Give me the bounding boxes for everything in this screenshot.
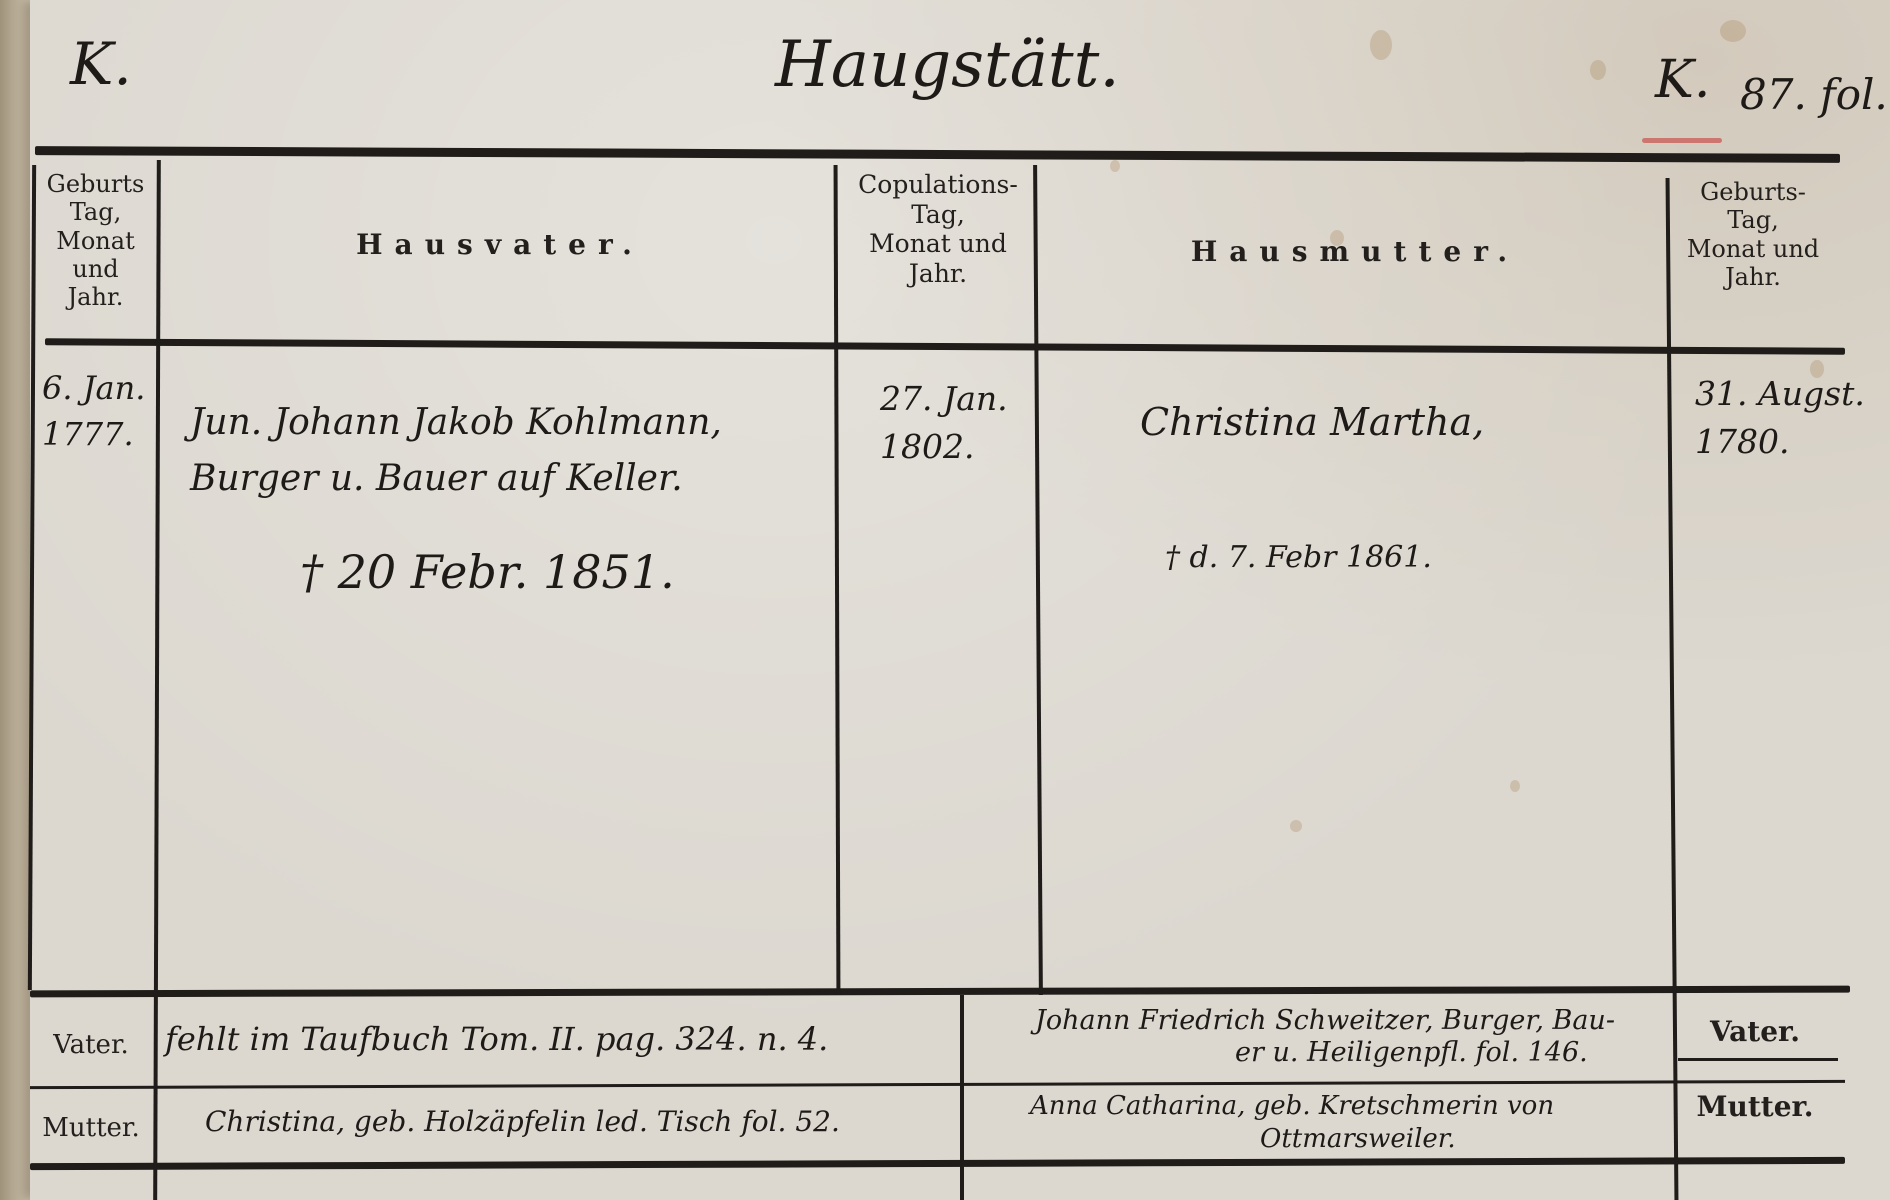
father-name-line: Jun. Johann Jakob Kohlmann, (190, 395, 722, 451)
father-death-date: † 20 Febr. 1851. (300, 545, 675, 599)
header-line: Tag, (1678, 206, 1828, 234)
register-page: K. Haugstätt. K. 87. fol. Geburts Tag, M… (30, 0, 1890, 1200)
col-rule-1 (153, 160, 161, 1200)
label-vater-right: Vater. (1680, 1015, 1830, 1048)
paper-stain (1510, 780, 1520, 792)
header-marriage-date: Copulations- Tag, Monat und Jahr. (842, 170, 1034, 288)
header-line: Copulations- (842, 170, 1034, 200)
wife-mother-entry: Anna Catharina, geb. Kretschmerin von Ot… (1030, 1090, 1554, 1155)
header-line: Tag, (38, 198, 153, 226)
table-top-rule (35, 146, 1840, 163)
header-line: Geburts- (1678, 178, 1828, 206)
header-line: Tag, (842, 200, 1034, 230)
header-line: Monat und (842, 229, 1034, 259)
header-hausmutter: Hausmutter. (1045, 235, 1665, 268)
wife-father-line: Johann Friedrich Schweitzer, Burger, Bau… (1035, 1005, 1615, 1037)
paper-stain (1110, 160, 1120, 172)
place-title: Haugstätt. (775, 28, 1120, 102)
wife-father-entry: Johann Friedrich Schweitzer, Burger, Bau… (1035, 1005, 1615, 1070)
parents-divider (960, 995, 964, 1200)
paper-stain (1370, 30, 1392, 60)
mother-death-date: † d. 7. Febr 1861. (1165, 540, 1432, 575)
header-mother-birth: Geburts- Tag, Monat und Jahr. (1678, 178, 1828, 291)
wife-mother-line: Ottmarsweiler. (1030, 1123, 1554, 1156)
right-label-divider (1678, 1058, 1838, 1061)
col-rule-left (28, 165, 36, 990)
col-rule-4 (1666, 178, 1679, 1200)
header-hausvater: Hausvater. (170, 228, 830, 261)
date-line: 1780. (1695, 418, 1865, 466)
wife-mother-line: Anna Catharina, geb. Kretschmerin von (1030, 1090, 1554, 1123)
red-pencil-underline (1642, 138, 1722, 143)
date-line: 6. Jan. (42, 365, 145, 411)
paper-stain (1720, 20, 1746, 42)
mother-birth-date: 31. Augst. 1780. (1695, 370, 1865, 466)
header-line: Jahr. (38, 283, 153, 311)
folio-reference: 87. fol. (1740, 70, 1888, 119)
corner-mark-right: K. (1655, 50, 1710, 110)
header-line: Jahr. (842, 259, 1034, 289)
husband-mother-entry: Christina, geb. Holzäpfelin led. Tisch f… (205, 1105, 840, 1138)
date-line: 27. Jan. (880, 375, 1008, 423)
corner-mark-left: K. (70, 30, 132, 98)
father-name-entry: Jun. Johann Jakob Kohlmann, Burger u. Ba… (190, 395, 722, 507)
husband-father-entry: fehlt im Taufbuch Tom. II. pag. 324. n. … (165, 1020, 828, 1058)
parents-middle-rule (30, 1080, 1845, 1089)
date-line: 1802. (880, 423, 1008, 471)
header-line: Monat und (38, 227, 153, 284)
label-mutter-left: Mutter. (30, 1113, 152, 1144)
label-mutter-right: Mutter. (1680, 1090, 1830, 1123)
date-line: 1777. (42, 411, 145, 457)
label-vater-left: Vater. (30, 1030, 152, 1061)
father-occupation-line: Burger u. Bauer auf Keller. (190, 451, 722, 507)
wife-father-line: er u. Heiligenpfl. fol. 146. (1035, 1037, 1615, 1069)
header-bottom-rule (45, 338, 1845, 354)
mother-name-entry: Christina Martha, (1140, 400, 1484, 444)
main-bottom-rule (30, 986, 1850, 998)
header-line: Jahr. (1678, 263, 1828, 291)
parents-bottom-rule (30, 1157, 1845, 1170)
header-line: Geburts (38, 170, 153, 198)
header-father-birth: Geburts Tag, Monat und Jahr. (38, 170, 153, 312)
col-rule-2 (834, 165, 841, 995)
date-line: 31. Augst. (1695, 370, 1865, 418)
paper-stain (1590, 60, 1606, 80)
father-birth-date: 6. Jan. 1777. (42, 365, 145, 458)
header-line: Monat und (1678, 235, 1828, 263)
col-rule-3 (1033, 165, 1043, 995)
marriage-date: 27. Jan. 1802. (880, 375, 1008, 471)
paper-stain (1290, 820, 1302, 832)
